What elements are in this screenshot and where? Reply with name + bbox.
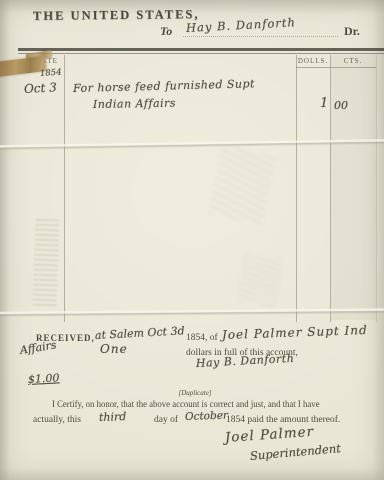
duplicate-label: [Duplicate] xyxy=(140,389,250,397)
signature-name: Joel Palmer xyxy=(224,424,314,446)
dr-label: Dr. xyxy=(344,24,360,39)
entry-date: Oct 3 xyxy=(24,80,58,96)
received-payer: Joel Palmer Supt Ind xyxy=(222,323,368,342)
payee-ruled-line xyxy=(183,36,338,37)
received-amount-word: One xyxy=(100,342,128,356)
payee-name: Hay B. Danforth xyxy=(186,15,297,35)
amount-figures: $1.00 xyxy=(28,371,60,386)
entry-cents: 00 xyxy=(334,99,348,112)
entry-description-line2: Indian Affairs xyxy=(93,97,176,111)
fold-crease-lower xyxy=(0,308,384,316)
certify-line2-middle: day of xyxy=(154,415,178,425)
header-rule-thin xyxy=(18,53,384,54)
document-title: THE UNITED STATES, xyxy=(33,7,200,24)
money-column-shading xyxy=(331,55,376,320)
date-column-line xyxy=(64,55,65,322)
to-label: To xyxy=(160,24,172,39)
certify-line1: I Certify, on honor, that the above acco… xyxy=(52,400,320,410)
received-year-of: 1854, of xyxy=(186,333,218,343)
header-rule-thick xyxy=(18,48,384,51)
dolls-column-header: DOLLS. xyxy=(296,57,330,65)
received-payer-wrap: Affairs xyxy=(19,338,57,357)
cts-column-header: CTS. xyxy=(330,57,376,65)
fold-crease-upper xyxy=(0,139,384,150)
scanned-document: THE UNITED STATES, To Hay B. Danforth Dr… xyxy=(0,0,384,480)
certify-day-handwritten: third xyxy=(99,410,127,424)
certify-line2-prefix: actually, this xyxy=(33,415,81,425)
bleedthrough-smudge xyxy=(32,218,59,307)
entry-dollars: 1 xyxy=(320,96,328,111)
entry-description-line1: For horse feed furnished Supt xyxy=(73,77,255,95)
certify-line2-suffix: 1854 paid the amount thereof. xyxy=(226,415,340,425)
dolls-column-line xyxy=(296,55,297,322)
ink-smudge-1 xyxy=(208,145,276,225)
certify-month-handwritten: October xyxy=(185,410,228,423)
signature-title: Superintendent xyxy=(249,441,341,463)
ink-smudge-2 xyxy=(237,252,284,307)
received-place-date: at Salem Oct 3d xyxy=(95,324,185,342)
entry-year: 1854 xyxy=(40,68,62,79)
right-border-line xyxy=(376,55,377,322)
